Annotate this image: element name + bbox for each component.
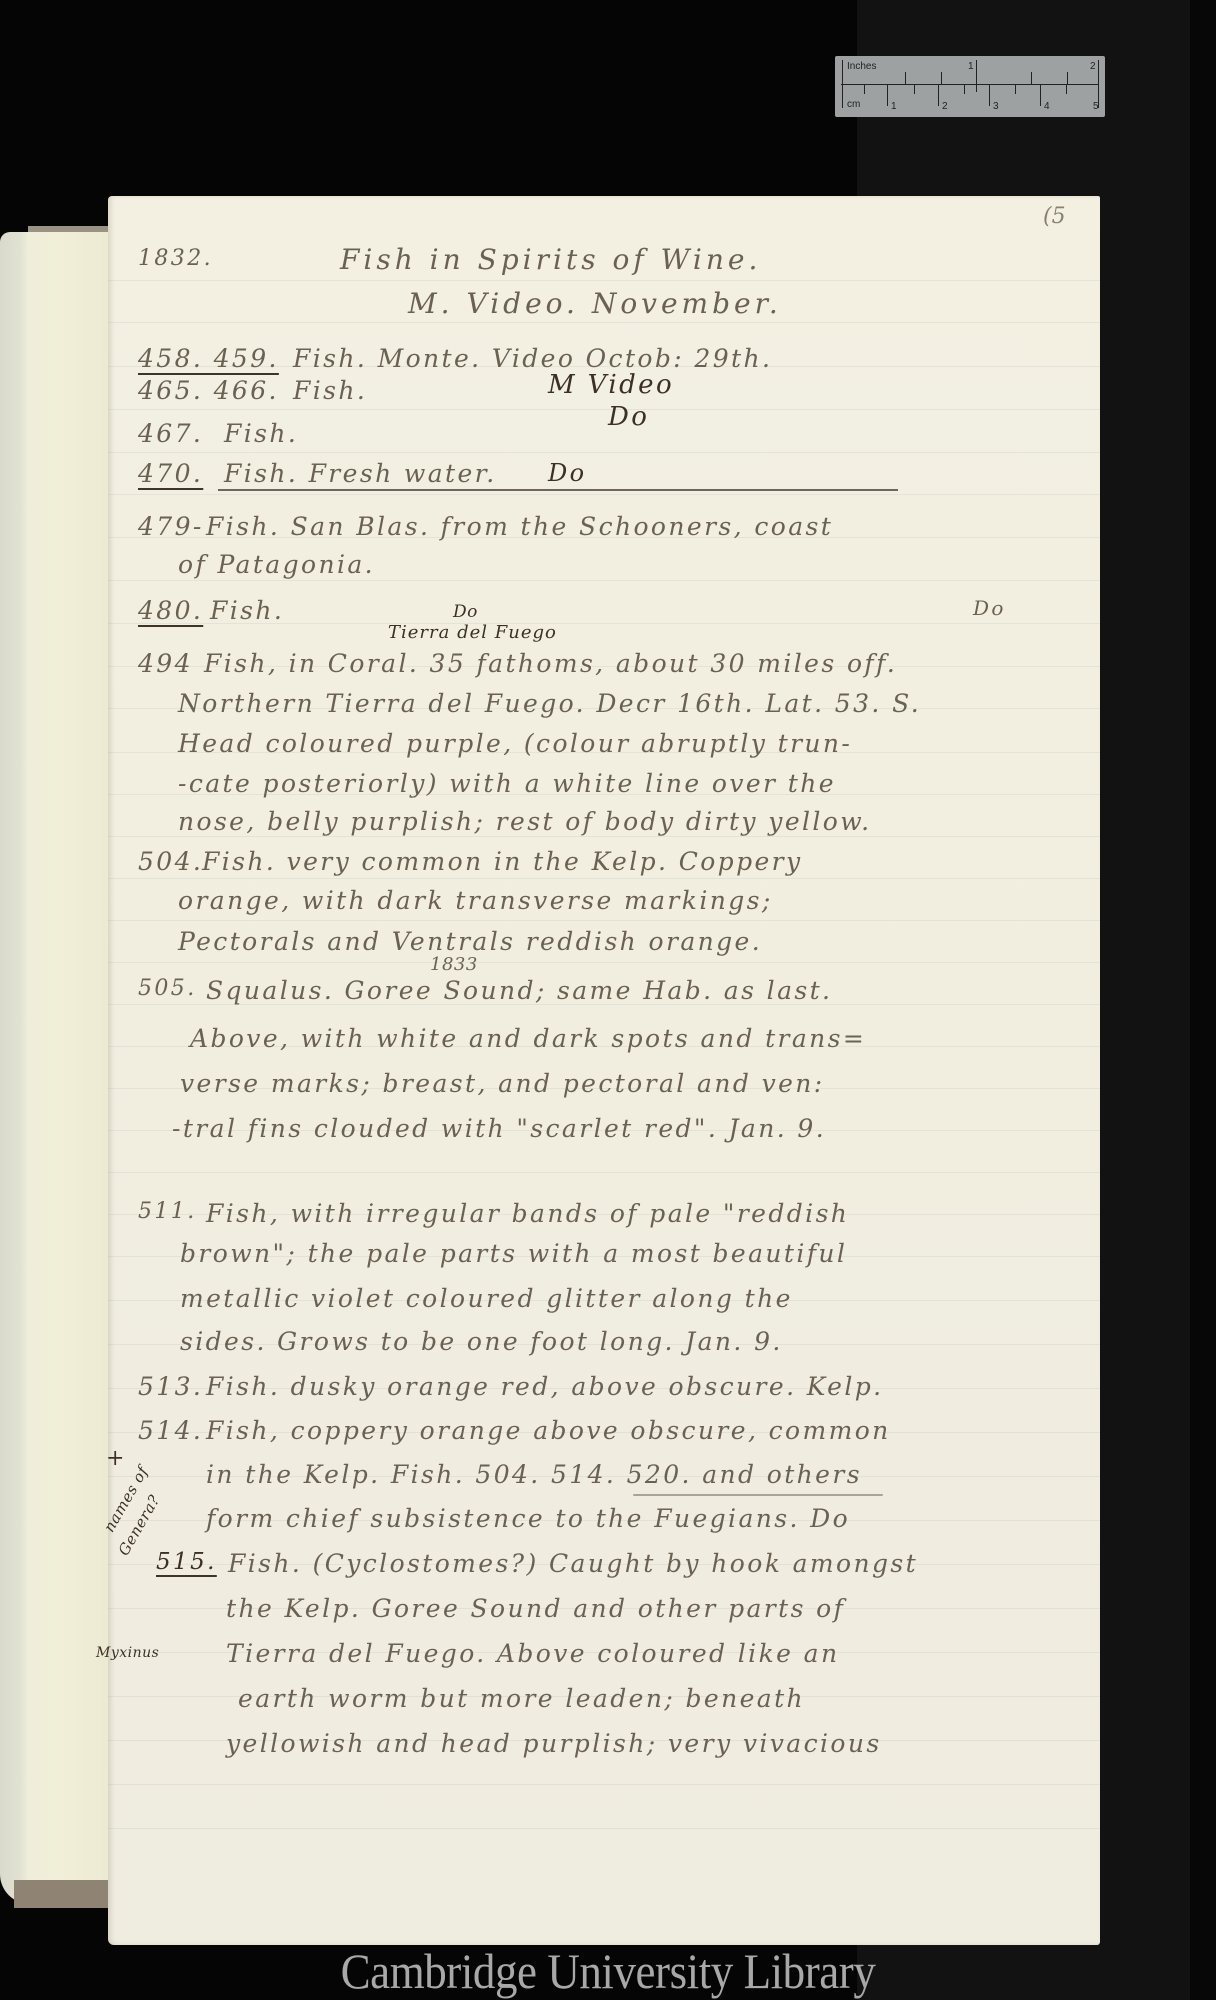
- entry-number: 511.: [138, 1201, 197, 1223]
- entry-text: -cate posteriorly) with a white line ove…: [178, 771, 836, 796]
- entry-text: of Patagonia.: [178, 552, 375, 577]
- tierra-del-fuego-insert: Tierra del Fuego: [388, 624, 557, 642]
- heading-year: 1832.: [138, 248, 213, 270]
- entry-number: 467.: [138, 421, 203, 446]
- heading-title: Fish in Spirits of Wine.: [340, 246, 761, 274]
- ruler-inch-mark: 2: [1090, 61, 1096, 72]
- entry-text: Fish, with irregular bands of pale "redd…: [206, 1201, 849, 1226]
- entry-text: sides. Grows to be one foot long. Jan. 9…: [180, 1329, 783, 1354]
- entry-text: Fish, in Coral. 35 fathoms, about 30 mil…: [204, 651, 897, 676]
- entry-text: earth worm but more leaden; beneath: [238, 1686, 805, 1711]
- entry-text: orange, with dark transverse markings;: [178, 888, 773, 913]
- entry-text: Fish.: [210, 598, 284, 623]
- entry-number: 504.: [138, 849, 203, 874]
- year-insert: 1833: [430, 956, 478, 974]
- entry-number: 494: [138, 651, 193, 676]
- entry-text: Northern Tierra del Fuego. Decr 16th. La…: [178, 691, 921, 716]
- entry-number: 505.: [138, 978, 197, 1000]
- entry-number: 514.: [138, 1418, 203, 1443]
- entry-text: Fish.: [293, 378, 367, 403]
- entry-text: Above, with white and dark spots and tra…: [190, 1026, 866, 1051]
- manuscript-page: (5 1832. Fish in Spirits of Wine. M. Vid…: [108, 196, 1100, 1945]
- entry-insert: M Video: [548, 372, 674, 398]
- book-block-left: [0, 232, 108, 1904]
- entry-text: yellowish and head purplish; very vivaci…: [226, 1731, 882, 1756]
- ruler-axis: [841, 84, 1099, 85]
- entry-text: Fish. San Blas. from the Schooners, coas…: [206, 514, 833, 539]
- heading-subtitle: M. Video. November.: [408, 290, 782, 318]
- background-cloth-edge: [1190, 0, 1216, 2000]
- ditto-insert: Do: [453, 604, 478, 621]
- entry-number: 479-: [138, 514, 204, 539]
- entry-text: Squalus. Goree Sound; same Hab. as last.: [206, 978, 832, 1003]
- entry-insert: Do: [608, 404, 649, 430]
- entry-number: 515.: [156, 1551, 217, 1574]
- entry-text: Fish. very common in the Kelp. Coppery: [202, 849, 803, 874]
- ruler-cm-mark: 1: [891, 101, 897, 112]
- entry-text: Pectorals and Ventrals reddish orange.: [178, 929, 762, 954]
- ruler-cm-mark: 4: [1044, 101, 1050, 112]
- ruler-cm-mark: 5: [1093, 101, 1099, 112]
- entry-text: Fish, coppery orange above obscure, comm…: [206, 1418, 891, 1443]
- entry-number: 513.: [138, 1374, 203, 1399]
- entry-text: verse marks; breast, and pectoral and ve…: [180, 1071, 825, 1096]
- entry-text: Fish.: [224, 421, 298, 446]
- ruler-cm-label: cm: [847, 99, 860, 110]
- entry-text: metallic violet coloured glitter along t…: [180, 1286, 793, 1311]
- entry-text: the Kelp. Goree Sound and other parts of: [226, 1596, 845, 1621]
- entry-number: 458. 459.: [138, 346, 279, 371]
- entry-text: form chief subsistence to the Fuegians. …: [206, 1506, 850, 1531]
- ditto-mark: Do: [973, 598, 1006, 618]
- brace-underline: [633, 1494, 883, 1496]
- margin-note-myxinus: Myxinus: [96, 1646, 159, 1660]
- ruler-cm-mark: 2: [942, 101, 948, 112]
- entry-text: Head coloured purple, (colour abruptly t…: [178, 731, 852, 756]
- entry-text: Fish. dusky orange red, above obscure. K…: [206, 1374, 884, 1399]
- entry-insert: Do: [548, 461, 587, 485]
- entry-text: in the Kelp. Fish. 504. 514. 520. and ot…: [206, 1462, 862, 1487]
- entry-number: 470.: [138, 461, 203, 486]
- section-divider: [218, 489, 898, 491]
- entry-text: -tral fins clouded with "scarlet red". J…: [172, 1116, 826, 1141]
- margin-plus-mark: +: [106, 1448, 125, 1470]
- ruler-cm-mark: 3: [993, 101, 999, 112]
- ruler-inches-label: Inches: [847, 61, 876, 72]
- entry-text: Tierra del Fuego. Above coloured like an: [226, 1641, 839, 1666]
- ruler-inch-mark: 1: [968, 61, 974, 72]
- library-watermark: Cambridge University Library: [61, 1942, 1155, 2000]
- entry-text: brown"; the pale parts with a most beaut…: [180, 1241, 847, 1266]
- entry-text: Fish. Monte. Video Octob: 29th.: [293, 346, 772, 371]
- entry-number: 480.: [138, 598, 203, 623]
- entry-text: Fish. Fresh water.: [224, 461, 497, 486]
- entry-text: Fish. (Cyclostomes?) Caught by hook amon…: [228, 1551, 918, 1576]
- scale-ruler: Inches 1 2 cm 1 2 3 4 5: [835, 56, 1105, 117]
- entry-number: 465. 466.: [138, 378, 279, 403]
- entry-text: nose, belly purplish; rest of body dirty…: [178, 809, 871, 834]
- folio-number: (5: [1043, 204, 1066, 229]
